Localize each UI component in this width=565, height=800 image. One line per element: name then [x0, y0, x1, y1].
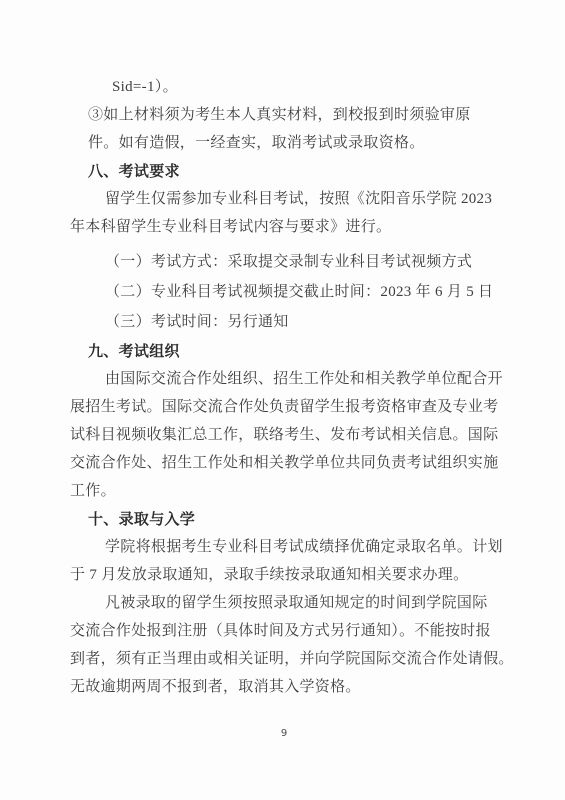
- text-line: 于 7 月发放录取通知，录取手续按录取通知相关要求办理。: [70, 561, 500, 589]
- section-heading-exam-requirements: 八、考试要求: [70, 157, 500, 185]
- text-line: 学院将根据考生专业科目考试成绩择优确定录取名单。计划: [70, 533, 500, 561]
- text-line: 工作。: [70, 477, 500, 505]
- section-heading-admission: 十、录取与入学: [70, 505, 500, 533]
- text-line-item3-cont: 件。如有造假，一经查实，取消考试或录取资格。: [70, 129, 500, 157]
- text-line: 年本科留学生专业科目考试内容与要求》进行。: [70, 213, 500, 241]
- text-line: 凡被录取的留学生须按照录取通知规定的时间到学院国际: [70, 589, 500, 617]
- document-page: Sid=-1）。 ③如上材料须为考生本人真实材料，到校报到时须验审原 件。如有造…: [0, 0, 565, 800]
- page-number: 9: [70, 728, 498, 739]
- text-line: 试科目视频收集汇总工作，联络考生、发布考试相关信息。国际: [70, 421, 500, 449]
- text-line-sid-continuation: Sid=-1）。: [70, 73, 500, 101]
- text-line: 由国际交流合作处组织、招生工作处和相关教学单位配合开: [70, 365, 500, 393]
- text-line-item3: ③如上材料须为考生本人真实材料，到校报到时须验审原: [70, 101, 500, 129]
- list-item-exam-time: （三）考试时间：另行通知: [70, 307, 500, 337]
- text-line: 交流合作处报到注册（具体时间及方式另行通知）。不能按时报: [70, 617, 500, 645]
- text-line: 展招生考试。国际交流合作处负责留学生报考资格审查及专业考: [70, 393, 500, 421]
- document-text-block: Sid=-1）。 ③如上材料须为考生本人真实材料，到校报到时须验审原 件。如有造…: [70, 73, 500, 701]
- list-item-exam-method: （一）考试方式：采取提交录制专业科目考试视频方式: [70, 247, 500, 277]
- text-line: 无故逾期两周不报到者，取消其入学资格。: [70, 673, 500, 701]
- text-line: 留学生仅需参加专业科目考试，按照《沈阳音乐学院 2023: [70, 185, 500, 213]
- text-line: 交流合作处、招生工作处和相关教学单位共同负责考试组织实施: [70, 449, 500, 477]
- text-line: 到者，须有正当理由或相关证明，并向学院国际交流合作处请假。: [70, 645, 500, 673]
- section-heading-exam-organization: 九、考试组织: [70, 337, 500, 365]
- list-item-deadline: （二）专业科目考试视频提交截止时间：2023 年 6 月 5 日: [70, 277, 500, 307]
